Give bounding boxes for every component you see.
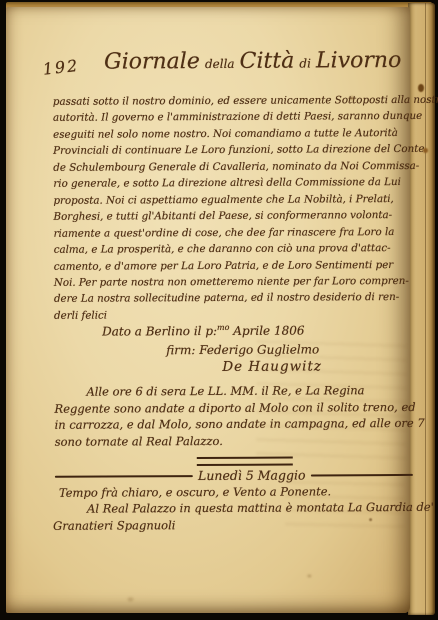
dateline: Dato a Berlino il p:mo Aprile 1806: [102, 322, 304, 338]
manuscript-line: in carrozza, e dal Molo, sono andate in …: [55, 415, 411, 433]
manuscript-line: de Schulembourg Generale di Cavalleria, …: [53, 158, 407, 176]
day-heading-row: Lunedì 5 Maggio: [55, 467, 413, 484]
paper-stain: [307, 574, 311, 577]
manuscript-line: dere La nostra sollecitudine paterna, ed…: [54, 289, 408, 307]
day-heading-rule-left: [55, 475, 193, 478]
journal-title: Giornale della Città di Livorno: [97, 48, 409, 75]
manuscript-line: Al Real Palazzo in questa mattina è mont…: [53, 499, 413, 517]
signature-firm: firm: Federigo Guglielmo: [166, 342, 319, 357]
proclamation-paragraph: passati sotto il nostro dominio, ed esse…: [53, 92, 408, 324]
manuscript-line: derli felici: [54, 306, 408, 324]
manuscript-page: 192 Giornale della Città di Livorno pass…: [6, 7, 410, 613]
journal-entry-sunday: Alle ore 6 di sera Le LL. MM. il Re, e L…: [54, 382, 410, 450]
manuscript-line: Provinciali di continuare Le Loro funzio…: [53, 141, 407, 159]
manuscript-line: Noi. Per parte nostra non ometteremo nie…: [54, 273, 408, 291]
journal-entry-monday: Tempo frà chiaro, e oscuro, e Vento a Po…: [53, 483, 413, 534]
manuscript-line: camento, e d'amore per La Loro Patria, e…: [54, 256, 408, 274]
manuscript-line: calma, e La prosperità, e che daranno co…: [54, 240, 408, 258]
dateline-text: Dato a Berlino il p:: [102, 324, 217, 339]
page-content: 192 Giornale della Città di Livorno pass…: [4, 6, 411, 614]
title-word: Livorno: [316, 48, 401, 73]
manuscript-line: rio generale, e sotto La direzione altre…: [53, 174, 407, 192]
day-heading: Lunedì 5 Maggio: [198, 467, 306, 483]
manuscript-line: passati sotto il nostro dominio, ed esse…: [53, 92, 407, 110]
paper-stain: [128, 597, 134, 601]
day-heading-rule-right: [311, 473, 413, 476]
title-word: Città: [240, 49, 295, 74]
manuscript-line: Alle ore 6 di sera Le LL. MM. il Re, e L…: [54, 382, 410, 400]
manuscript-line: Borghesi, e tutti gl'Abitanti del Paese,…: [53, 207, 407, 225]
manuscript-line: Reggente sono andate a diporto al Molo c…: [54, 399, 410, 417]
title-word: della: [205, 57, 235, 71]
dateline-superscript: mo: [217, 323, 229, 332]
manuscript-line: eseguiti nel solo nome nostro. Noi coman…: [53, 125, 407, 143]
manuscript-line: autorità. Il governo e l'amministrazione…: [53, 108, 407, 126]
title-word: Giornale: [104, 49, 200, 75]
signature-name: De Haugwitz: [222, 358, 322, 375]
page-number: 192: [42, 56, 80, 79]
manuscript-line: Granatieri Spagnuoli: [53, 516, 413, 534]
title-word: di: [299, 56, 311, 70]
manuscript-line: proposta. Noi ci aspettiamo egualmente c…: [53, 191, 407, 209]
section-divider-double-rule: [197, 457, 293, 467]
manuscript-line: riamente a quest'ordine di cose, che dee…: [54, 224, 408, 242]
manuscript-line: sono tornate al Real Palazzo.: [55, 432, 411, 450]
dateline-text: Aprile 1806: [229, 323, 304, 337]
manuscript-line: Tempo frà chiaro, e oscuro, e Vento a Po…: [53, 483, 413, 501]
manuscript-scan: 192 Giornale della Città di Livorno pass…: [0, 0, 438, 620]
